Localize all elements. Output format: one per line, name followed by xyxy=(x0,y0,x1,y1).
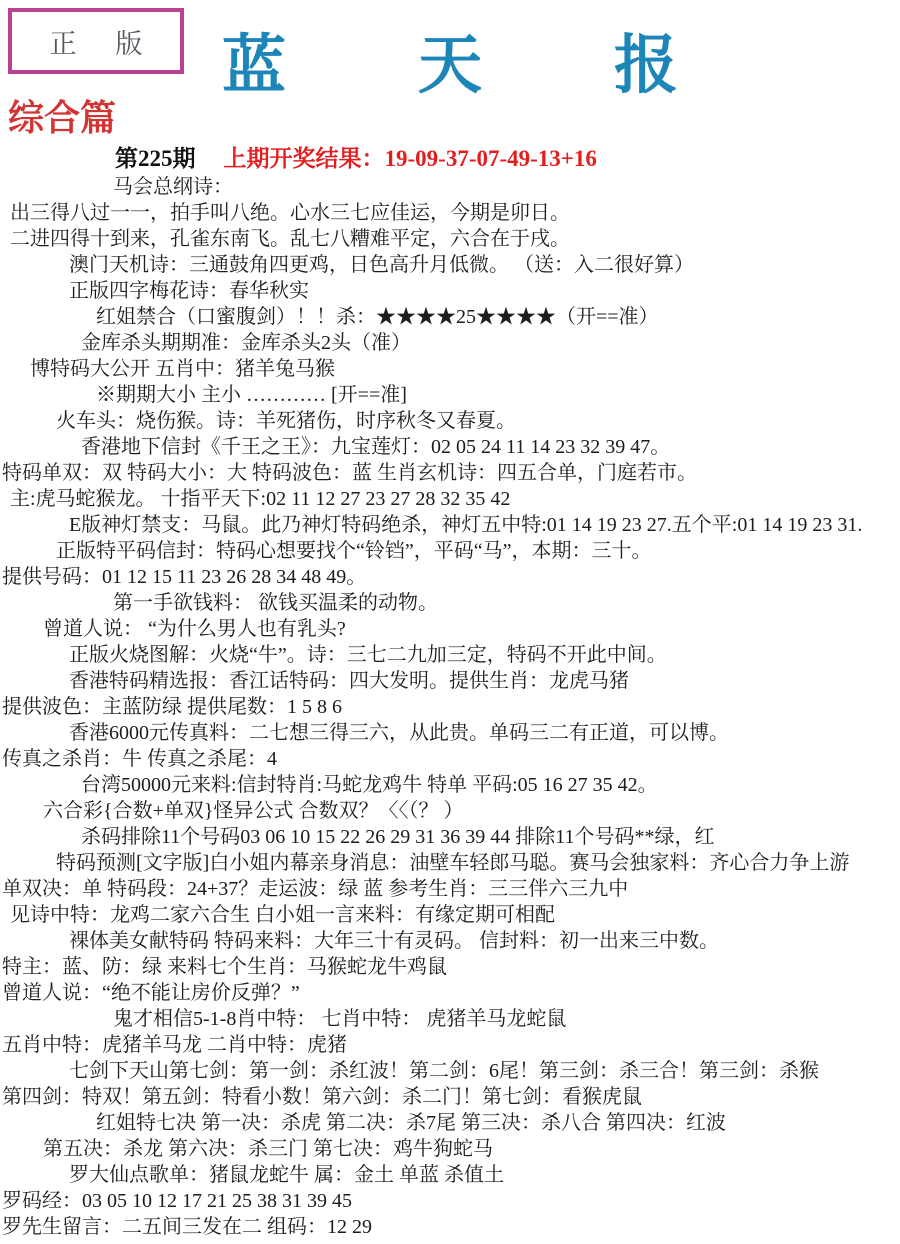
text-line: 出三得八过一一，拍手叫八绝。心水三七应佳运，今期是卯日。 xyxy=(0,200,900,226)
text-line: 红姐特七决 第一决：杀虎 第二决：杀7尾 第三决：杀八合 第四决：红波 xyxy=(0,1110,900,1136)
text-line: 特码预测[文字版]白小姐内幕亲身消息：油壁车轻郎马聪。赛马会独家料：齐心合力争上… xyxy=(0,850,900,876)
text-line: 马会总纲诗： xyxy=(0,174,900,200)
text-line: 特码单双：双 特码大小：大 特码波色：蓝 生肖玄机诗：四五合单，门庭若市。 xyxy=(0,460,900,486)
text-line: 见诗中特：龙鸡二家六合生 白小姐一言来料：有缘定期可相配 xyxy=(0,902,900,928)
content-body: 马会总纲诗： 出三得八过一一，拍手叫八绝。心水三七应佳运，今期是卯日。 二进四得… xyxy=(0,174,900,1240)
text-line: 单双决：单 特码段：24+37？走运波：绿 蓝 参考生肖：三三伴六三九中 xyxy=(0,876,900,902)
text-line: E版神灯禁支：马鼠。此乃神灯特码绝杀，神灯五中特:01 14 19 23 27.… xyxy=(0,512,900,538)
issue-number: 第225期 xyxy=(115,146,196,171)
text-line: 火车头：烧伤猴。诗：羊死猪伤，时序秋冬又春夏。 xyxy=(0,408,900,434)
text-line: 曾道人说：“绝不能让房价反弹？” xyxy=(0,980,900,1006)
text-line: 鬼才相信5-1-8肖中特： 七肖中特： 虎猪羊马龙蛇鼠 xyxy=(0,1006,900,1032)
text-line: 七剑下天山第七剑：第一剑：杀红波！第二剑：6尾！第三剑：杀三合！第三剑：杀猴 xyxy=(0,1058,900,1084)
text-line: 香港地下信封《千王之王》：九宝莲灯：02 05 24 11 14 23 32 3… xyxy=(0,434,900,460)
text-line: 提供波色：主蓝防绿 提供尾数：1 5 8 6 xyxy=(0,694,900,720)
text-line: 博特码大公开 五肖中：猪羊兔马猴 xyxy=(0,356,900,382)
text-line: 澳门天机诗：三通鼓角四更鸡，日色高升月低微。 （送：入二很好算） xyxy=(0,252,900,278)
section-title: 综合篇 xyxy=(8,90,116,141)
paper-title: 蓝 天 报 xyxy=(0,14,900,106)
text-line: 提供号码：01 12 15 11 23 26 28 34 48 49。 xyxy=(0,564,900,590)
last-result-label: 上期开奖结果： xyxy=(224,146,385,171)
text-line: 杀码排除11个号码03 06 10 15 22 26 29 31 36 39 4… xyxy=(0,824,900,850)
text-line: 特主：蓝、防：绿 来料七个生肖：马猴蛇龙牛鸡鼠 xyxy=(0,954,900,980)
text-line: 第五决：杀龙 第六决：杀三门 第七决：鸡牛狗蛇马 xyxy=(0,1136,900,1162)
text-line: 红姐禁合（口蜜腹剑）！！杀：★★★★25★★★★（开==准） xyxy=(0,304,900,330)
text-line: 正版特平码信封：特码心想要找个“铃铛”，平码“马”，本期：三十。 xyxy=(0,538,900,564)
text-line: 第一手欲钱料： 欲钱买温柔的动物。 xyxy=(0,590,900,616)
issue-row: 第225期上期开奖结果：19-09-37-07-49-13+16 xyxy=(115,140,597,173)
text-line: 裸体美女献特码 特码来料：大年三十有灵码。 信封料：初一出来三中数。 xyxy=(0,928,900,954)
text-line: 六合彩{合数+单双}怪异公式 合数双？〈〈（？ ） xyxy=(0,798,900,824)
text-line: 香港特码精选报：香江话特码：四大发明。提供生肖：龙虎马猪 xyxy=(0,668,900,694)
text-line: ※期期大小 主小 ………… [开==准] xyxy=(0,382,900,408)
text-line: 金库杀头期期准：金库杀头2头（准） xyxy=(0,330,900,356)
page-header: 正 版 蓝 天 报 综合篇 第225期上期开奖结果：19-09-37-07-49… xyxy=(0,0,900,174)
text-line: 香港6000元传真料：二七想三得三六，从此贵。单码三二有正道，可以博。 xyxy=(0,720,900,746)
text-line: 主:虎马蛇猴龙。 十指平天下:02 11 12 27 23 27 28 32 3… xyxy=(0,486,900,512)
text-line: 第四剑：特双！第五剑：特看小数！第六剑：杀二门！第七剑：看猴虎鼠 xyxy=(0,1084,900,1110)
text-line: 罗先生留言：二五间三发在二 组码：12 29 xyxy=(0,1214,900,1240)
text-line: 五肖中特：虎猪羊马龙 二肖中特：虎猪 xyxy=(0,1032,900,1058)
text-line: 二进四得十到来，孔雀东南飞。乱七八糟难平定，六合在于戌。 xyxy=(0,226,900,252)
text-line: 传真之杀肖：牛 传真之杀尾：4 xyxy=(0,746,900,772)
text-line: 曾道人说： “为什么男人也有乳头? xyxy=(0,616,900,642)
text-line: 罗大仙点歌单：猪鼠龙蛇牛 属：金土 单蓝 杀值土 xyxy=(0,1162,900,1188)
text-line: 罗码经：03 05 10 12 17 21 25 38 31 39 45 xyxy=(0,1188,900,1214)
text-line: 台湾50000元来料:信封特肖:马蛇龙鸡牛 特单 平码:05 16 27 35 … xyxy=(0,772,900,798)
text-line: 正版四字梅花诗：春华秋实 xyxy=(0,278,900,304)
text-line: 正版火烧图解：火烧“牛”。诗：三七二九加三定，特码不开此中间。 xyxy=(0,642,900,668)
last-result-value: 19-09-37-07-49-13+16 xyxy=(385,146,597,171)
